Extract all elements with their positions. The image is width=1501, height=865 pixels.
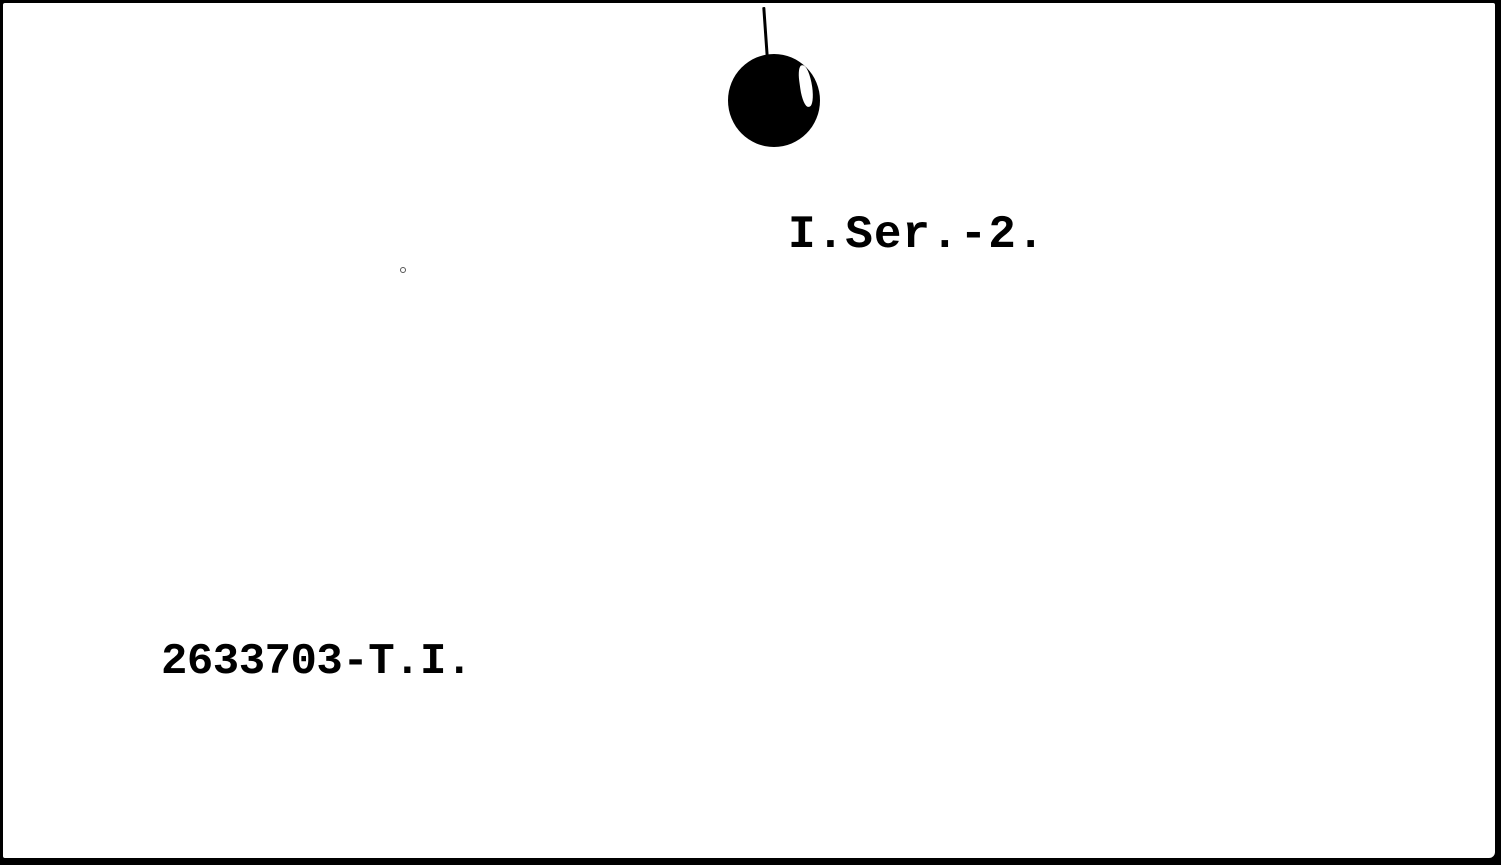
index-card: I.Ser.-2. 2633703-T.I. [3, 3, 1495, 858]
accession-number: 2633703-T.I. [161, 631, 472, 693]
card-crease-mark [762, 7, 768, 57]
series-label: I.Ser.-2. [788, 203, 1045, 267]
paper-speck [400, 267, 406, 273]
